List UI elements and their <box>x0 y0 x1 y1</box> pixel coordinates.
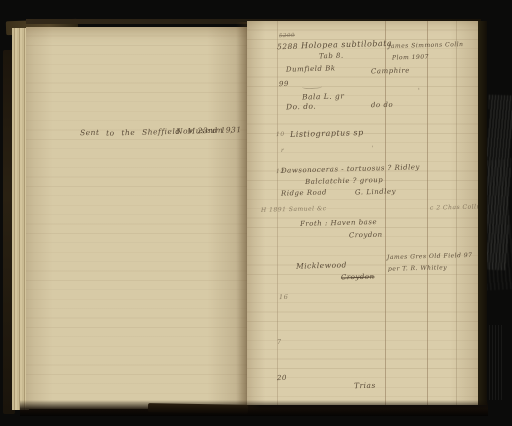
entry1-number: 5288 <box>277 42 298 52</box>
entry8-number: 7 <box>277 338 282 346</box>
entry2-ditto-left: Do. do. <box>286 102 316 112</box>
entry6-struck-place: Croydon <box>341 273 375 282</box>
entry6-species-name: Micklewood <box>296 260 347 270</box>
entry6-collection-line1: James Gres Old Field 97 <box>387 252 473 261</box>
left-page-note-word: Sent <box>80 128 100 138</box>
entry3-tick-left: r <box>281 147 285 154</box>
left-page: Sent to the Sheffield Museum , Nov. 23rd… <box>26 27 247 409</box>
entry6-collection-line2: per T. R. Whitley <box>388 264 447 273</box>
entry3-number: 10 <box>276 131 285 138</box>
entry1-locality: Dumfield Bk <box>286 64 336 73</box>
cloth-texture-streak <box>483 95 512 271</box>
entry1-tab: Tab 8. <box>319 52 344 61</box>
entry2-number: 99 <box>279 80 289 88</box>
entry1-collection-line1: James Simmons Colln <box>388 41 464 50</box>
entry5-locality: Froth : Haven base <box>300 218 377 228</box>
under-page-edge-line <box>456 21 457 405</box>
entry4-formation: Balclatchie ? group <box>305 176 383 186</box>
column-rule-line <box>385 21 386 405</box>
book-bottom-shadow <box>20 400 488 416</box>
entry2-tick-mark: ' <box>418 87 421 95</box>
photo-background: Sent to the Sheffield Museum , Nov. 23rd… <box>0 0 512 426</box>
right-page: 5200 5288 Holopea subtilobata Tab 8. Dum… <box>247 21 478 405</box>
entry5-margin-note: H 1891 Samuel &c <box>261 205 327 214</box>
entry1-collection-line2: Plom 1907 <box>392 54 429 62</box>
entry2-ditto-right: do do <box>371 101 393 110</box>
left-page-note-date: Nov. 23rd 1931 <box>176 125 242 136</box>
entry9-text: Trias <box>354 381 376 391</box>
entry7-number: 16 <box>279 293 288 301</box>
entry4-locality: Ridge Road <box>281 188 327 197</box>
entry4-species-name: Dawsonoceras - tortuosus ? Ridley <box>281 163 420 175</box>
entry3-species-name: Listiograptus sp <box>290 128 364 139</box>
entry1-condition: Camphire <box>371 66 410 75</box>
entry3-tick-right: ' <box>372 145 374 152</box>
entry5-collection: c 2 Chas Colln <box>430 203 481 211</box>
entry4-author: G. Lindley <box>355 187 396 196</box>
entry1-number-struck: 5200 <box>279 33 295 39</box>
book-cover-right-edge <box>478 21 487 405</box>
entry2-formation: Bala L. gr <box>302 91 345 101</box>
pencil-scribble <box>302 83 322 90</box>
column-rule-line <box>427 21 428 405</box>
entry5-place: Croydon <box>349 231 383 240</box>
entry9-number: 20 <box>277 374 287 382</box>
entry1-species-name: Holopea subtilobata <box>301 39 392 50</box>
